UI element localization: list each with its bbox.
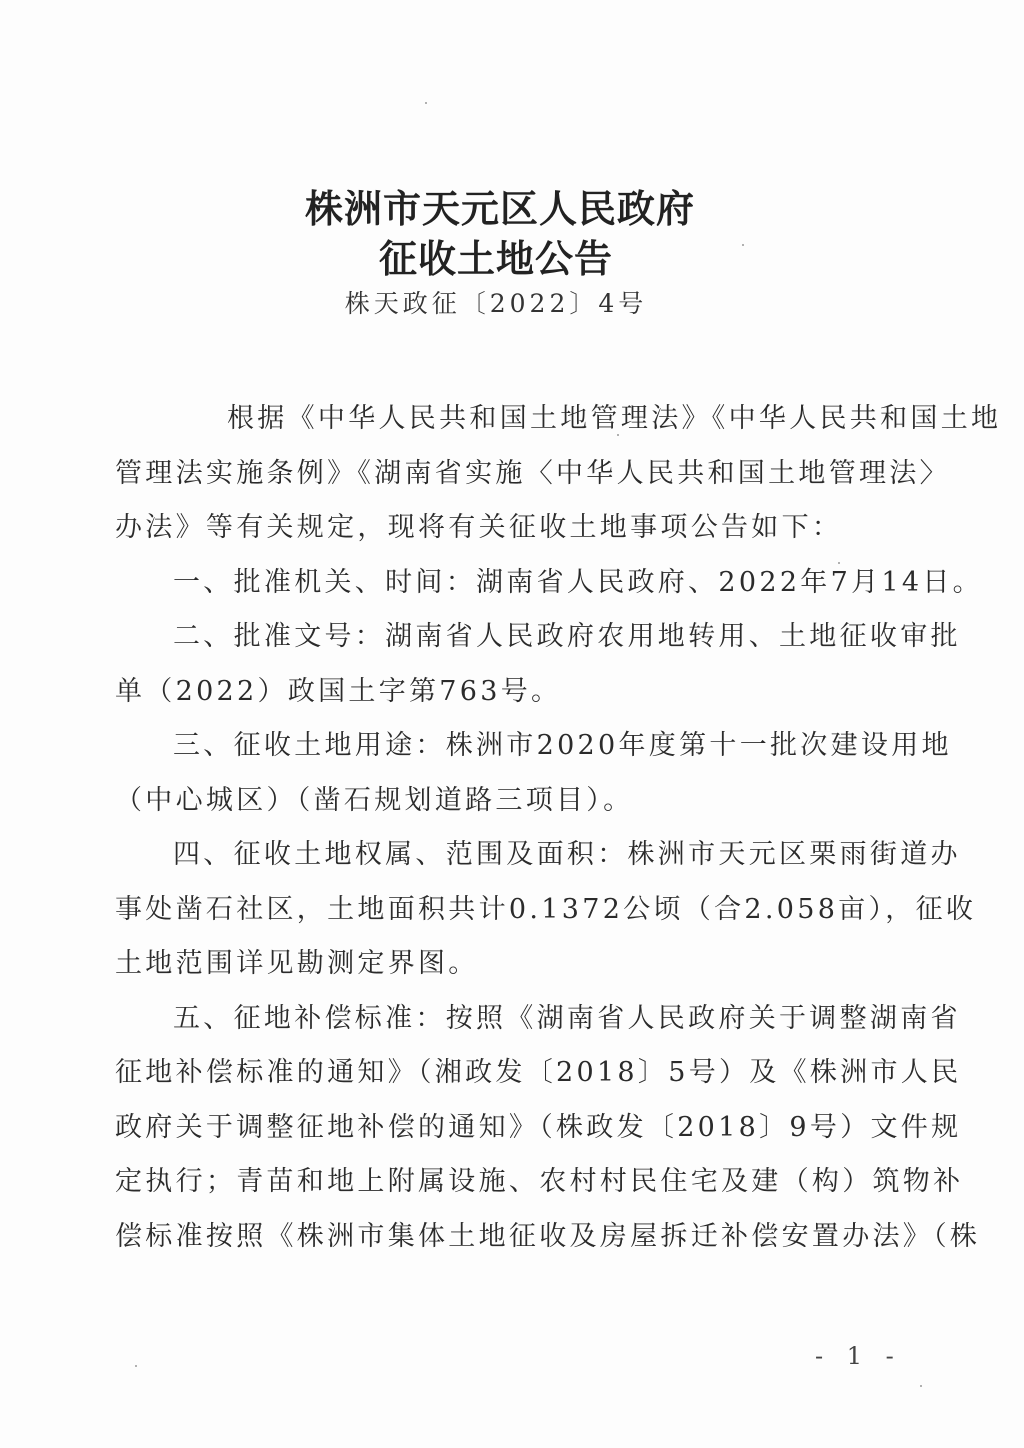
text-line: 土地范围详见勘测定界图。	[115, 937, 887, 992]
text-line: 四、征收土地权属、范围及面积：株洲市天元区栗雨街道办	[115, 828, 887, 883]
scan-speck	[742, 244, 744, 246]
text-line: 五、征地补偿标准：按照《湖南省人民政府关于调整湖南省	[115, 992, 887, 1047]
scan-speck	[135, 1365, 137, 1367]
document-page: 株洲市天元区人民政府 征收土地公告 株天政征〔2022〕4号 根据《中华人民共和…	[0, 0, 1024, 1448]
scan-speck	[518, 1072, 520, 1074]
notice-title: 征收土地公告	[0, 236, 1008, 282]
text-line: 事处凿石社区，土地面积共计0.1372公顷（合2.058亩），征收	[115, 883, 887, 938]
paragraph-approval-authority: 一、批准机关、时间：湖南省人民政府、2022年7月14日。	[115, 556, 887, 611]
scan-speck	[838, 562, 840, 564]
text-line: 政府关于调整征地补偿的通知》（株政发〔2018〕9号）文件规	[115, 1101, 887, 1156]
text-line: 偿标准按照《株洲市集体土地征收及房屋拆迁补偿安置办法》（株	[115, 1210, 887, 1265]
notice-body: 根据《中华人民共和国土地管理法》《中华人民共和国土地 管理法实施条例》《湖南省实…	[115, 392, 887, 1264]
text-line: 一、批准机关、时间：湖南省人民政府、2022年7月14日。	[115, 556, 887, 611]
issuer-title: 株洲市天元区人民政府	[0, 186, 1012, 232]
text-line: 定执行；青苗和地上附属设施、农村村民住宅及建（构）筑物补	[115, 1155, 887, 1210]
scan-speck	[425, 102, 427, 104]
paragraph-approval-number: 二、批准文号：湖南省人民政府农用地转用、土地征收审批 单（2022）政国土字第7…	[115, 610, 887, 719]
text-line: 单（2022）政国土字第763号。	[115, 665, 887, 720]
text-line: 管理法实施条例》《湖南省实施〈中华人民共和国土地管理法〉	[115, 447, 887, 502]
text-line: 三、征收土地用途：株洲市2020年度第十一批次建设用地	[115, 719, 887, 774]
text-line: 根据《中华人民共和国土地管理法》《中华人民共和国土地	[115, 392, 887, 447]
scan-speck	[920, 1385, 922, 1387]
paragraph-intro: 根据《中华人民共和国土地管理法》《中华人民共和国土地 管理法实施条例》《湖南省实…	[115, 392, 887, 556]
scan-speck	[617, 434, 619, 436]
page-number: - 1 -	[815, 1342, 902, 1370]
text-line: （中心城区）（凿石规划道路三项目）。	[115, 774, 887, 829]
text-line: 办法》等有关规定，现将有关征收土地事项公告如下：	[115, 501, 887, 556]
text-line: 征地补偿标准的通知》（湘政发〔2018〕5号）及《株洲市人民	[115, 1046, 887, 1101]
paragraph-compensation-standard: 五、征地补偿标准：按照《湖南省人民政府关于调整湖南省 征地补偿标准的通知》（湘政…	[115, 992, 887, 1265]
text-line: 二、批准文号：湖南省人民政府农用地转用、土地征收审批	[115, 610, 887, 665]
paragraph-land-area: 四、征收土地权属、范围及面积：株洲市天元区栗雨街道办 事处凿石社区，土地面积共计…	[115, 828, 887, 992]
document-number: 株天政征〔2022〕4号	[0, 286, 1008, 322]
paragraph-land-use: 三、征收土地用途：株洲市2020年度第十一批次建设用地 （中心城区）（凿石规划道…	[115, 719, 887, 828]
